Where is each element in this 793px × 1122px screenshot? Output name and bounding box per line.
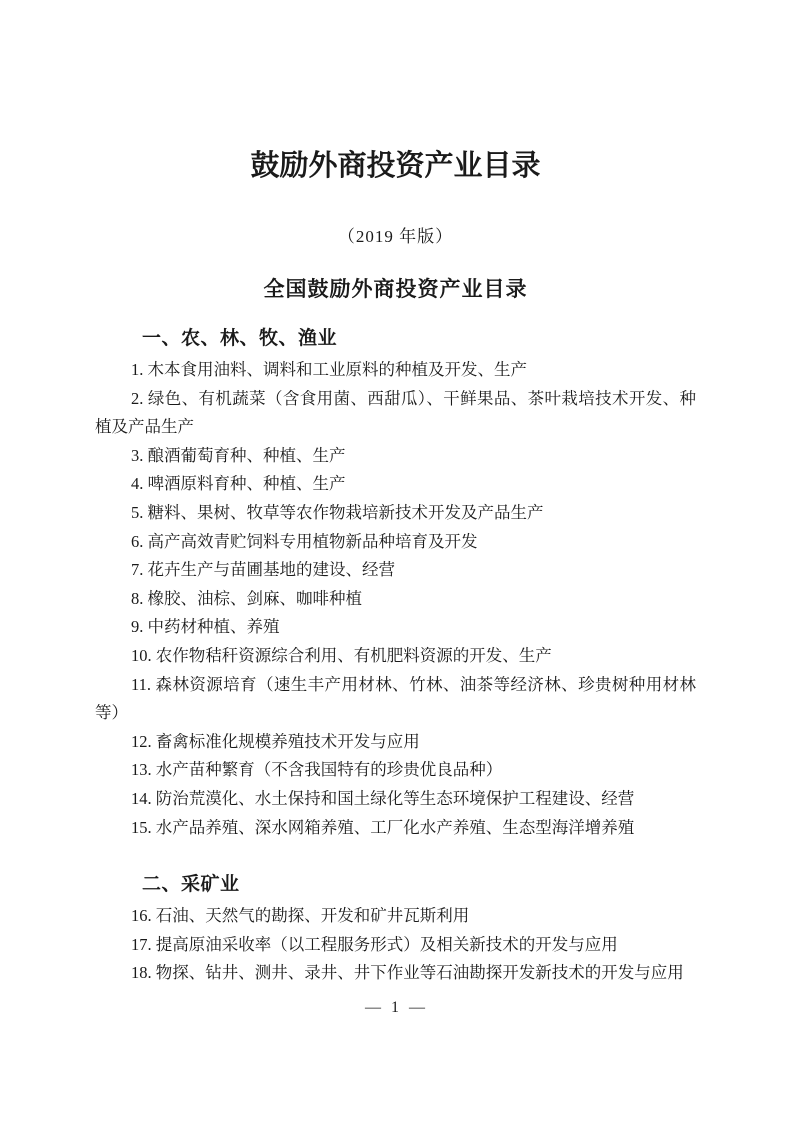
- list-item: 1. 木本食用油料、调料和工业原料的种植及开发、生产: [95, 356, 696, 385]
- list-item: 14. 防治荒漠化、水土保持和国土绿化等生态环境保护工程建设、经营: [95, 785, 696, 814]
- page-number: — 1 —: [0, 999, 793, 1017]
- list-item: 2. 绿色、有机蔬菜（含食用菌、西甜瓜）、干鲜果品、茶叶栽培技术开发、种植及产品…: [95, 385, 696, 442]
- edition-line: （2019 年版）: [95, 225, 696, 249]
- list-item: 8. 橡胶、油棕、剑麻、咖啡种植: [95, 585, 696, 614]
- list-item: 17. 提高原油采收率（以工程服务形式）及相关新技术的开发与应用: [95, 931, 696, 960]
- section-agriculture-forestry: 一、农、林、牧、渔业 1. 木本食用油料、调料和工业原料的种植及开发、生产 2.…: [95, 326, 696, 842]
- list-item: 13. 水产苗种繁育（不含我国特有的珍贵优良品种）: [95, 756, 696, 785]
- document-page: 鼓励外商投资产业目录 （2019 年版） 全国鼓励外商投资产业目录 一、农、林、…: [0, 0, 793, 1122]
- list-item: 15. 水产品养殖、深水网箱养殖、工厂化水产养殖、生态型海洋增养殖: [95, 814, 696, 843]
- list-item: 3. 酿酒葡萄育种、种植、生产: [95, 442, 696, 471]
- list-item: 9. 中药材种植、养殖: [95, 613, 696, 642]
- document-title: 鼓励外商投资产业目录: [95, 148, 696, 184]
- list-item: 10. 农作物秸秆资源综合利用、有机肥料资源的开发、生产: [95, 642, 696, 671]
- list-item: 11. 森林资源培育（速生丰产用材林、竹林、油茶等经济林、珍贵树种用材林等）: [95, 671, 696, 728]
- section-heading: 二、采矿业: [95, 872, 696, 898]
- list-item: 7. 花卉生产与苗圃基地的建设、经营: [95, 556, 696, 585]
- section-mining: 二、采矿业 16. 石油、天然气的勘探、开发和矿井瓦斯利用 17. 提高原油采收…: [95, 872, 696, 988]
- list-item: 12. 畜禽标准化规模养殖技术开发与应用: [95, 728, 696, 757]
- list-item: 4. 啤酒原料育种、种植、生产: [95, 470, 696, 499]
- list-item: 5. 糖料、果树、牧草等农作物栽培新技术开发及产品生产: [95, 499, 696, 528]
- section-heading: 一、农、林、牧、渔业: [95, 326, 696, 352]
- catalogue-title: 全国鼓励外商投资产业目录: [95, 276, 696, 304]
- list-item: 18. 物探、钻井、测井、录井、井下作业等石油勘探开发新技术的开发与应用: [95, 959, 696, 988]
- list-item: 16. 石油、天然气的勘探、开发和矿井瓦斯利用: [95, 902, 696, 931]
- list-item: 6. 高产高效青贮饲料专用植物新品种培育及开发: [95, 528, 696, 557]
